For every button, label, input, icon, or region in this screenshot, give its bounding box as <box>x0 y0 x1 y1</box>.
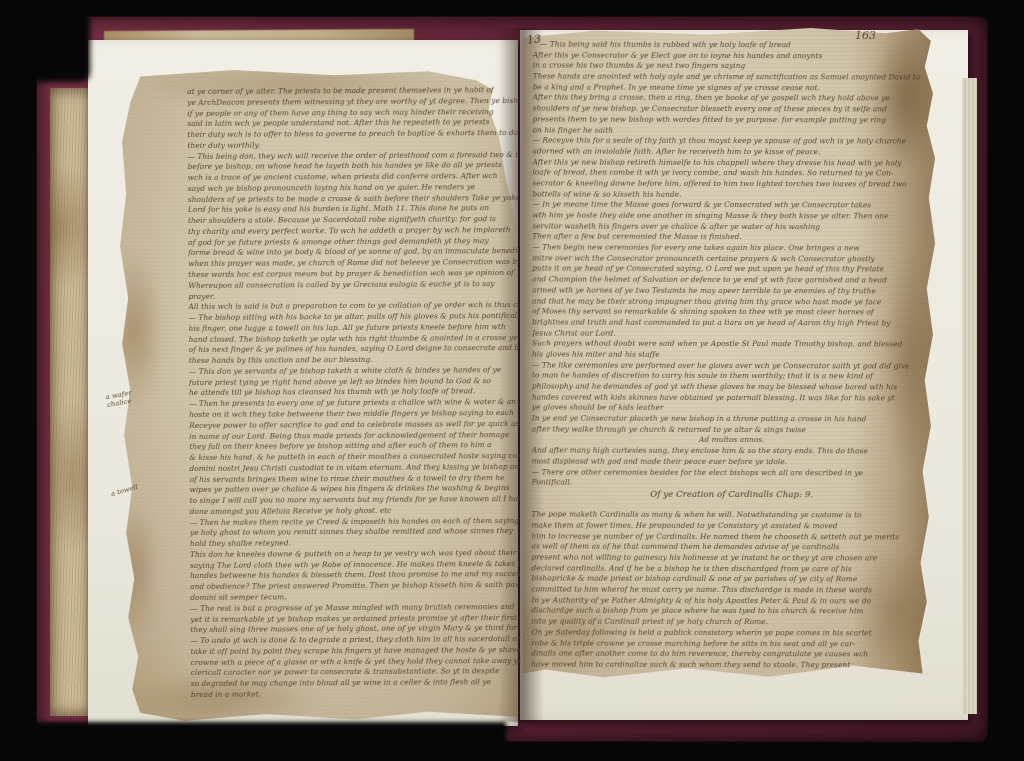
photo-scene: at ye corner of ye alter. The priests to… <box>0 0 1024 761</box>
page-fore-edges <box>50 88 92 716</box>
bottom-left-mask <box>28 722 506 748</box>
manuscript-line: have moved him to cardinalize such & suc… <box>531 659 931 671</box>
manuscript-line: bread in a market. <box>191 688 521 701</box>
right-page-edge-strip <box>962 78 977 714</box>
left-page-text: at ye corner of ye alter. The priests to… <box>187 85 521 703</box>
top-left-mask <box>28 10 90 82</box>
right-page-text: — This being said his thumbs is rubbed w… <box>531 39 933 674</box>
